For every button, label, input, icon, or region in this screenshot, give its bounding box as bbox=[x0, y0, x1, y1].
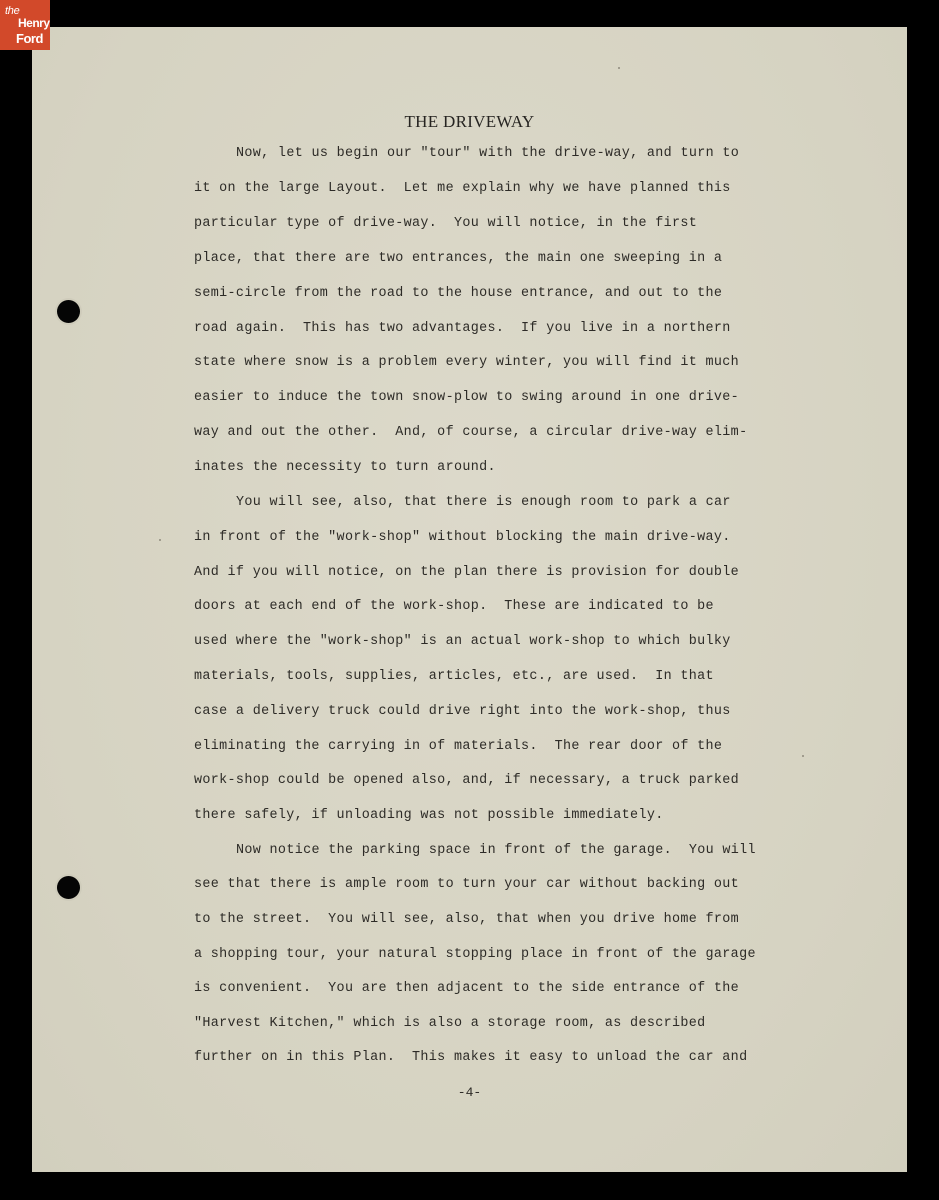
text-line: state where snow is a problem every wint… bbox=[194, 354, 739, 372]
text-line: further on in this Plan. This makes it e… bbox=[194, 1049, 747, 1067]
logo-text-henry: Henry bbox=[18, 16, 50, 30]
document-title: THE DRIVEWAY bbox=[0, 112, 939, 132]
henry-ford-logo: the Henry Ford bbox=[0, 0, 50, 50]
text-line: eliminating the carrying in of materials… bbox=[194, 738, 722, 756]
text-line: And if you will notice, on the plan ther… bbox=[194, 564, 739, 582]
text-line: is convenient. You are then adjacent to … bbox=[194, 980, 739, 998]
text-line: in front of the "work-shop" without bloc… bbox=[194, 529, 731, 547]
text-line: semi-circle from the road to the house e… bbox=[194, 285, 722, 303]
text-line: place, that there are two entrances, the… bbox=[194, 250, 722, 268]
paper-speck bbox=[159, 539, 161, 541]
text-line: Now notice the parking space in front of… bbox=[236, 842, 756, 860]
punch-hole-top bbox=[57, 300, 80, 323]
text-line: see that there is ample room to turn you… bbox=[194, 876, 739, 894]
text-line: to the street. You will see, also, that … bbox=[194, 911, 739, 929]
text-line: doors at each end of the work-shop. Thes… bbox=[194, 598, 714, 616]
text-line: materials, tools, supplies, articles, et… bbox=[194, 668, 714, 686]
text-line: road again. This has two advantages. If … bbox=[194, 320, 731, 338]
page-number: -4- bbox=[0, 1085, 939, 1100]
text-line: a shopping tour, your natural stopping p… bbox=[194, 946, 756, 964]
text-line: it on the large Layout. Let me explain w… bbox=[194, 180, 731, 198]
punch-hole-bottom bbox=[57, 876, 80, 899]
text-line: there safely, if unloading was not possi… bbox=[194, 807, 664, 825]
text-line: way and out the other. And, of course, a… bbox=[194, 424, 747, 442]
text-line: You will see, also, that there is enough… bbox=[236, 494, 731, 512]
text-line: inates the necessity to turn around. bbox=[194, 459, 496, 477]
text-line: used where the "work-shop" is an actual … bbox=[194, 633, 731, 651]
logo-text-ford: Ford bbox=[16, 31, 43, 46]
text-line: easier to induce the town snow-plow to s… bbox=[194, 389, 739, 407]
text-line: work-shop could be opened also, and, if … bbox=[194, 772, 739, 790]
paper-speck bbox=[618, 67, 620, 69]
paper-speck bbox=[802, 755, 804, 757]
text-line: case a delivery truck could drive right … bbox=[194, 703, 731, 721]
text-line: particular type of drive-way. You will n… bbox=[194, 215, 697, 233]
text-line: Now, let us begin our "tour" with the dr… bbox=[236, 145, 739, 163]
text-line: "Harvest Kitchen," which is also a stora… bbox=[194, 1015, 706, 1033]
